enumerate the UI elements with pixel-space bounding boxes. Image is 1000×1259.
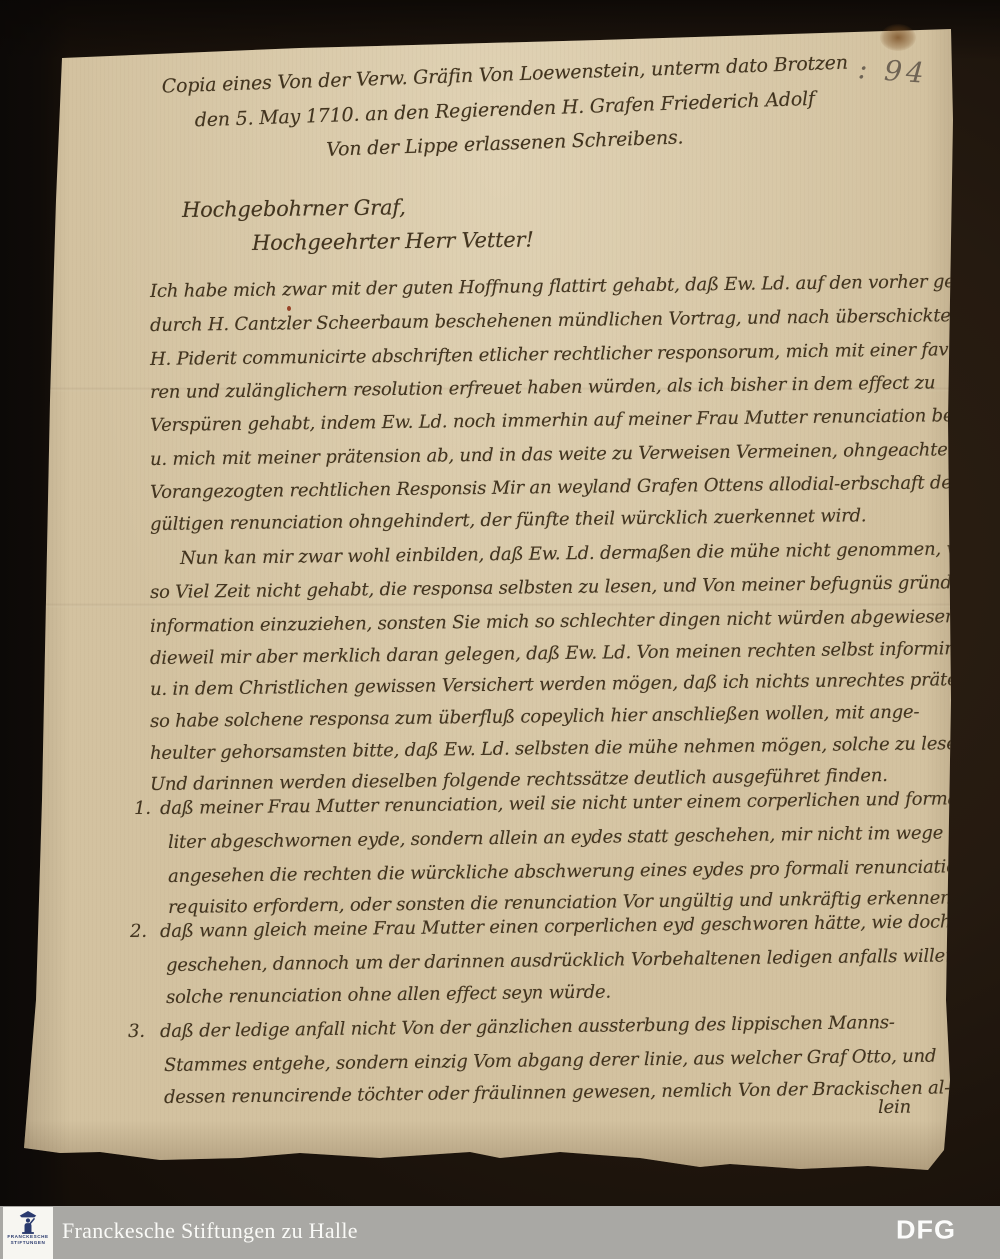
folio-number: : 94	[857, 52, 929, 90]
paper-stain	[880, 24, 916, 51]
dfg-logo: DFG	[896, 1215, 956, 1245]
paper-bottom-shading	[0, 1120, 1000, 1170]
red-ink-spot	[287, 306, 291, 311]
item-marker: 1.	[134, 798, 151, 819]
manuscript-paper: : 94 Copia eines Von der Verw. Gräfin Vo…	[0, 0, 1000, 1205]
franckesche-stiftungen-logo: FRANCKESCHE STIFTUNGEN	[3, 1207, 53, 1259]
institution-title: Franckesche Stiftungen zu Halle	[62, 1218, 358, 1244]
salutation-line: Hochgebohrner Graf,	[182, 195, 406, 222]
catchword: lein	[878, 1097, 911, 1118]
francke-figure-icon	[17, 1210, 39, 1234]
paper-right-shading	[925, 0, 955, 1205]
logo-caption-line: STIFTUNGEN	[11, 1240, 46, 1246]
footer-bar: FRANCKESCHE STIFTUNGEN Franckesche Stift…	[0, 1206, 1000, 1259]
salutation-line: Hochgeehrter Herr Vetter!	[252, 228, 534, 255]
manuscript-scan-page: : 94 Copia eines Von der Verw. Gräfin Vo…	[0, 0, 1000, 1259]
item-marker: 2.	[130, 921, 147, 942]
fold-crease	[40, 604, 950, 607]
item-marker: 3.	[128, 1021, 145, 1042]
